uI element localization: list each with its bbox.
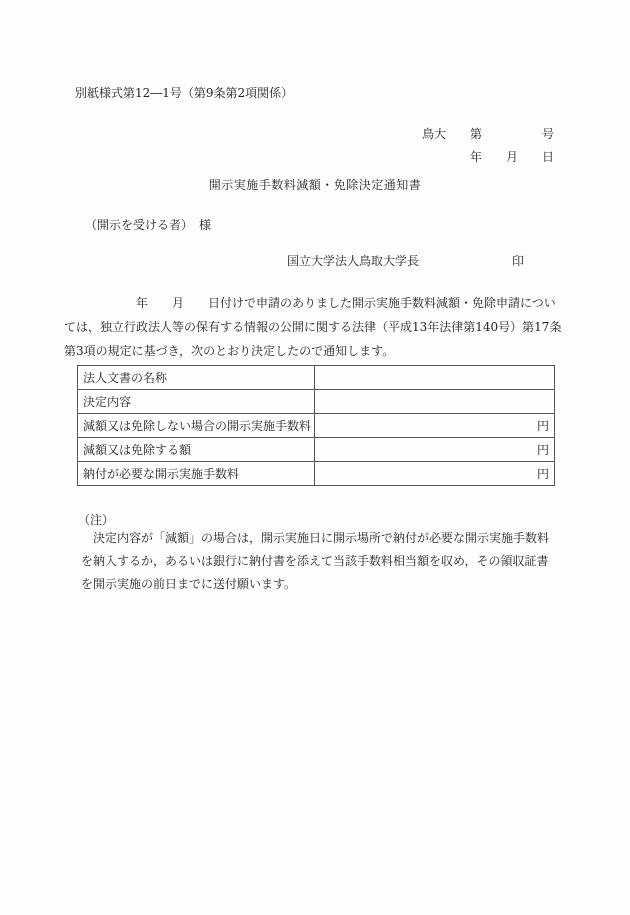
note-line: 決定内容が「減額」の場合は，開示実施日に開示場所で納付が必要な開示実施手数料 xyxy=(81,527,549,550)
note-line: を納入するか，あるいは銀行に納付書を添えて当該手数料相当額を収め，その領収証書 xyxy=(81,550,549,573)
issuer-name: 国立大学法人鳥取大学長 xyxy=(287,252,419,269)
body-line: 第3項の規定に基づき，次のとおり決定したので通知します。 xyxy=(64,339,561,363)
table-row-label: 法人文書の名称 xyxy=(78,366,315,390)
notice-document: 別紙様式第12―1号（第9条第2項関係） 鳥大 第 号 年 月 日 開示実施手数… xyxy=(0,0,630,915)
table-row: 減額又は免除しない場合の開示実施手数料 円 xyxy=(78,414,555,438)
table-row-value: 円 xyxy=(315,462,555,486)
document-date-line: 年 月 日 xyxy=(422,146,554,169)
note-paragraph: 決定内容が「減額」の場合は，開示実施日に開示場所で納付が必要な開示実施手数料 を… xyxy=(81,527,549,596)
body-paragraph: 年 月 日付けで申請のありました開示実施手数料減額・免除申請につい ては，独立行… xyxy=(64,291,561,363)
document-number-line: 鳥大 第 号 xyxy=(422,123,554,146)
table-row-value: 円 xyxy=(315,438,555,462)
table-row-label: 納付が必要な開示実施手数料 xyxy=(78,462,315,486)
table-row: 法人文書の名称 xyxy=(78,366,555,390)
note-line: を開示実施の前日までに送付願います。 xyxy=(81,573,549,596)
table-row-label: 減額又は免除する額 xyxy=(78,438,315,462)
table-row-label: 減額又は免除しない場合の開示実施手数料 xyxy=(78,414,315,438)
table-row-value: 円 xyxy=(315,414,555,438)
table-row: 納付が必要な開示実施手数料 円 xyxy=(78,462,555,486)
page-title: 開示実施手数料減額・免除決定通知書 xyxy=(0,176,630,193)
seal-mark: 印 xyxy=(512,252,524,269)
recipient-line: （開示を受ける者） 様 xyxy=(85,216,211,233)
form-number: 別紙様式第12―1号（第9条第2項関係） xyxy=(75,84,293,101)
table-row-value xyxy=(315,390,555,414)
fee-decision-table: 法人文書の名称 決定内容 減額又は免除しない場合の開示実施手数料 円 減額又は免… xyxy=(77,365,555,486)
body-line: 年 月 日付けで申請のありました開示実施手数料減額・免除申請につい xyxy=(64,291,561,315)
document-number-block: 鳥大 第 号 年 月 日 xyxy=(422,123,554,169)
table-row-label: 決定内容 xyxy=(78,390,315,414)
body-line: ては，独立行政法人等の保有する情報の公開に関する法律（平成13年法律第140号）… xyxy=(64,315,561,339)
table-row: 減額又は免除する額 円 xyxy=(78,438,555,462)
table-row: 決定内容 xyxy=(78,390,555,414)
table-row-value xyxy=(315,366,555,390)
note-heading: （注） xyxy=(78,511,114,528)
